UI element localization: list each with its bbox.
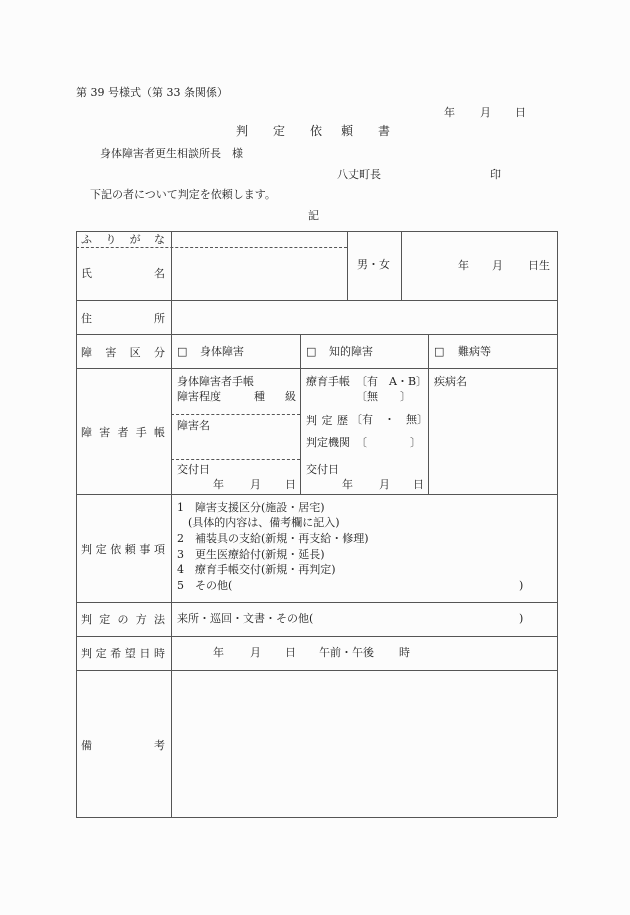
label-char: 考 <box>154 737 165 753</box>
addressee: 身体障害者更生相談所長 様 <box>100 148 243 159</box>
name-label: 氏 名 <box>81 266 165 280</box>
type-label[interactable]: 種 <box>254 391 265 402</box>
label-char: 障 <box>81 424 92 440</box>
issued-year[interactable]: 年 <box>213 479 224 490</box>
birthdate-divider <box>401 231 402 300</box>
label-char: 所 <box>154 310 165 326</box>
physical-handbook-title: 身体障害者手帳 <box>177 376 254 387</box>
gender-divider <box>347 231 348 300</box>
category-divider <box>300 334 301 494</box>
label-char: 日 <box>139 645 150 661</box>
remarks-label: 備 考 <box>81 738 165 752</box>
label-char: 定 <box>322 412 333 428</box>
issued-day[interactable]: 日 <box>285 479 296 490</box>
label-char: 氏 <box>81 265 92 281</box>
label-char: 定 <box>96 541 107 557</box>
birth-year-label: 年 <box>458 260 469 271</box>
label-char: 障 <box>81 344 92 360</box>
disease-name-input[interactable] <box>429 390 557 494</box>
birth-month-label: 月 <box>492 260 503 271</box>
label-char: 判 <box>81 645 92 661</box>
handbook-label: 障 害 者 手 帳 <box>81 425 165 439</box>
judgment-history-label: 判 定 歴 <box>306 414 348 426</box>
disability-name-label: 障害名 <box>177 420 210 431</box>
label-char: の <box>118 611 129 627</box>
table-border-right <box>557 231 558 817</box>
request-other-input[interactable] <box>240 578 515 593</box>
rehab-issued-month[interactable]: 月 <box>379 479 390 490</box>
intro-text: 下記の者について判定を依頼します。 <box>90 189 276 200</box>
request-item-note: (具体的内容は、備考欄に記入) <box>177 517 340 528</box>
handbook-dashed-divider <box>171 459 300 460</box>
label-char: 方 <box>136 611 147 627</box>
seal-mark: 印 <box>490 169 501 180</box>
date-day-label: 日 <box>515 107 526 118</box>
disease-name-label: 疾病名 <box>434 376 467 387</box>
issued-date-label: 交付日 <box>177 464 210 475</box>
label-char: 名 <box>154 265 165 281</box>
judgment-history-options[interactable]: 〔有 ・ 無〕 <box>351 414 428 425</box>
grade-label[interactable]: 級 <box>285 391 296 402</box>
title-char: 頼 <box>341 125 353 137</box>
option-label: 知的障害 <box>329 346 373 357</box>
label-char: 歴 <box>337 412 348 428</box>
label-char: 帳 <box>154 424 165 440</box>
request-item[interactable]: 4 療育手帳交付(新規・再判定) <box>177 564 336 575</box>
label-char: 希 <box>110 645 121 661</box>
furigana-label: ふ り が な <box>81 233 165 245</box>
label-char: が <box>130 231 141 247</box>
label-char: ふ <box>81 231 92 247</box>
method-label: 判 定 の 方 法 <box>81 612 165 626</box>
date-year-label: 年 <box>444 107 455 118</box>
label-char: な <box>154 231 165 247</box>
request-item[interactable]: 5 その他( <box>177 580 232 591</box>
agency-bracket-close: 〕 <box>410 437 421 448</box>
table-border-bottom <box>76 817 557 818</box>
label-char: 害 <box>99 424 110 440</box>
rehab-issued-year[interactable]: 年 <box>342 479 353 490</box>
label-char: 頼 <box>125 541 136 557</box>
label-char: 分 <box>154 344 165 360</box>
label-char: り <box>105 231 116 247</box>
label-char: 望 <box>125 645 136 661</box>
rehab-handbook-title: 療育手帳 <box>306 376 350 387</box>
label-char: 備 <box>81 737 92 753</box>
method-close: ) <box>519 613 523 624</box>
label-char: 者 <box>118 424 129 440</box>
label-char: 時 <box>154 645 165 661</box>
request-items-label: 判 定 依 頼 事 項 <box>81 542 165 556</box>
desired-month[interactable]: 月 <box>250 647 261 658</box>
desired-day[interactable]: 日 <box>285 647 296 658</box>
label-char: 事 <box>139 541 150 557</box>
judgment-agency-label: 判定機関 <box>306 437 350 448</box>
label-char: 害 <box>105 344 116 360</box>
label-char: 依 <box>110 541 121 557</box>
address-label: 住 所 <box>81 311 165 325</box>
title-char: 判 <box>236 125 248 137</box>
title-char: 依 <box>310 125 322 137</box>
desired-hour[interactable]: 時 <box>399 647 410 658</box>
option-label: 難病等 <box>458 346 491 357</box>
label-char: 手 <box>136 424 147 440</box>
label-char: 住 <box>81 310 92 326</box>
method-other-input[interactable] <box>326 610 514 626</box>
row-divider <box>76 368 557 369</box>
desired-year[interactable]: 年 <box>213 647 224 658</box>
desired-datetime-label: 判 定 希 望 日 時 <box>81 646 165 660</box>
rehab-issued-day[interactable]: 日 <box>413 479 424 490</box>
form-number: 第 39 号様式（第 33 条関係） <box>76 87 228 98</box>
label-char: 定 <box>99 611 110 627</box>
rehab-none-option[interactable]: 〔無 〕 <box>356 391 411 402</box>
label-char: 項 <box>154 541 165 557</box>
ki-heading: 記 <box>308 210 319 221</box>
method-options[interactable]: 来所・巡回・文書・その他( <box>177 613 313 624</box>
sender: 八丈町長 <box>337 169 381 180</box>
label-char: 定 <box>96 645 107 661</box>
disability-name-input[interactable] <box>172 434 300 458</box>
rehab-has-option[interactable]: 〔有 A・B〕 <box>356 376 427 387</box>
option-label: 身体障害 <box>200 346 244 357</box>
row-divider <box>76 334 557 335</box>
row-divider <box>76 602 557 603</box>
birth-day-label: 日生 <box>528 260 550 271</box>
title-char: 書 <box>378 125 390 137</box>
date-month-label: 月 <box>480 107 491 118</box>
disability-degree-label: 障害程度 <box>177 391 221 402</box>
name-input[interactable] <box>172 248 347 300</box>
label-char: 判 <box>81 611 92 627</box>
checkbox[interactable]: □ <box>177 346 187 357</box>
furigana-input[interactable] <box>172 232 347 247</box>
title-char: 定 <box>273 125 285 137</box>
table-border-left <box>76 231 77 817</box>
handbook-dashed-divider <box>171 414 300 415</box>
issued-month[interactable]: 月 <box>250 479 261 490</box>
request-item[interactable]: 1 障害支援区分(施設・居宅) <box>177 502 325 513</box>
checkbox[interactable]: □ <box>434 346 444 357</box>
label-char: 判 <box>81 541 92 557</box>
address-input[interactable] <box>172 301 557 334</box>
judgment-agency-input[interactable] <box>366 434 410 450</box>
label-char: 法 <box>154 611 165 627</box>
remarks-input[interactable] <box>172 671 557 817</box>
checkbox[interactable]: □ <box>306 346 316 357</box>
row-divider <box>76 494 557 495</box>
request-item[interactable]: 3 更生医療給付(新規・延長) <box>177 549 325 560</box>
row-divider <box>76 636 557 637</box>
disability-category-label: 障 害 区 分 <box>81 345 165 359</box>
request-item[interactable]: 2 補装具の支給(新規・再支給・修理) <box>177 533 369 544</box>
label-char: 区 <box>130 344 141 360</box>
rehab-issued-date-label: 交付日 <box>306 464 339 475</box>
label-char: 判 <box>306 412 317 428</box>
am-pm-select[interactable]: 午前・午後 <box>319 647 374 658</box>
gender-select[interactable]: 男・女 <box>357 259 390 270</box>
request-other-close: ) <box>519 580 523 591</box>
